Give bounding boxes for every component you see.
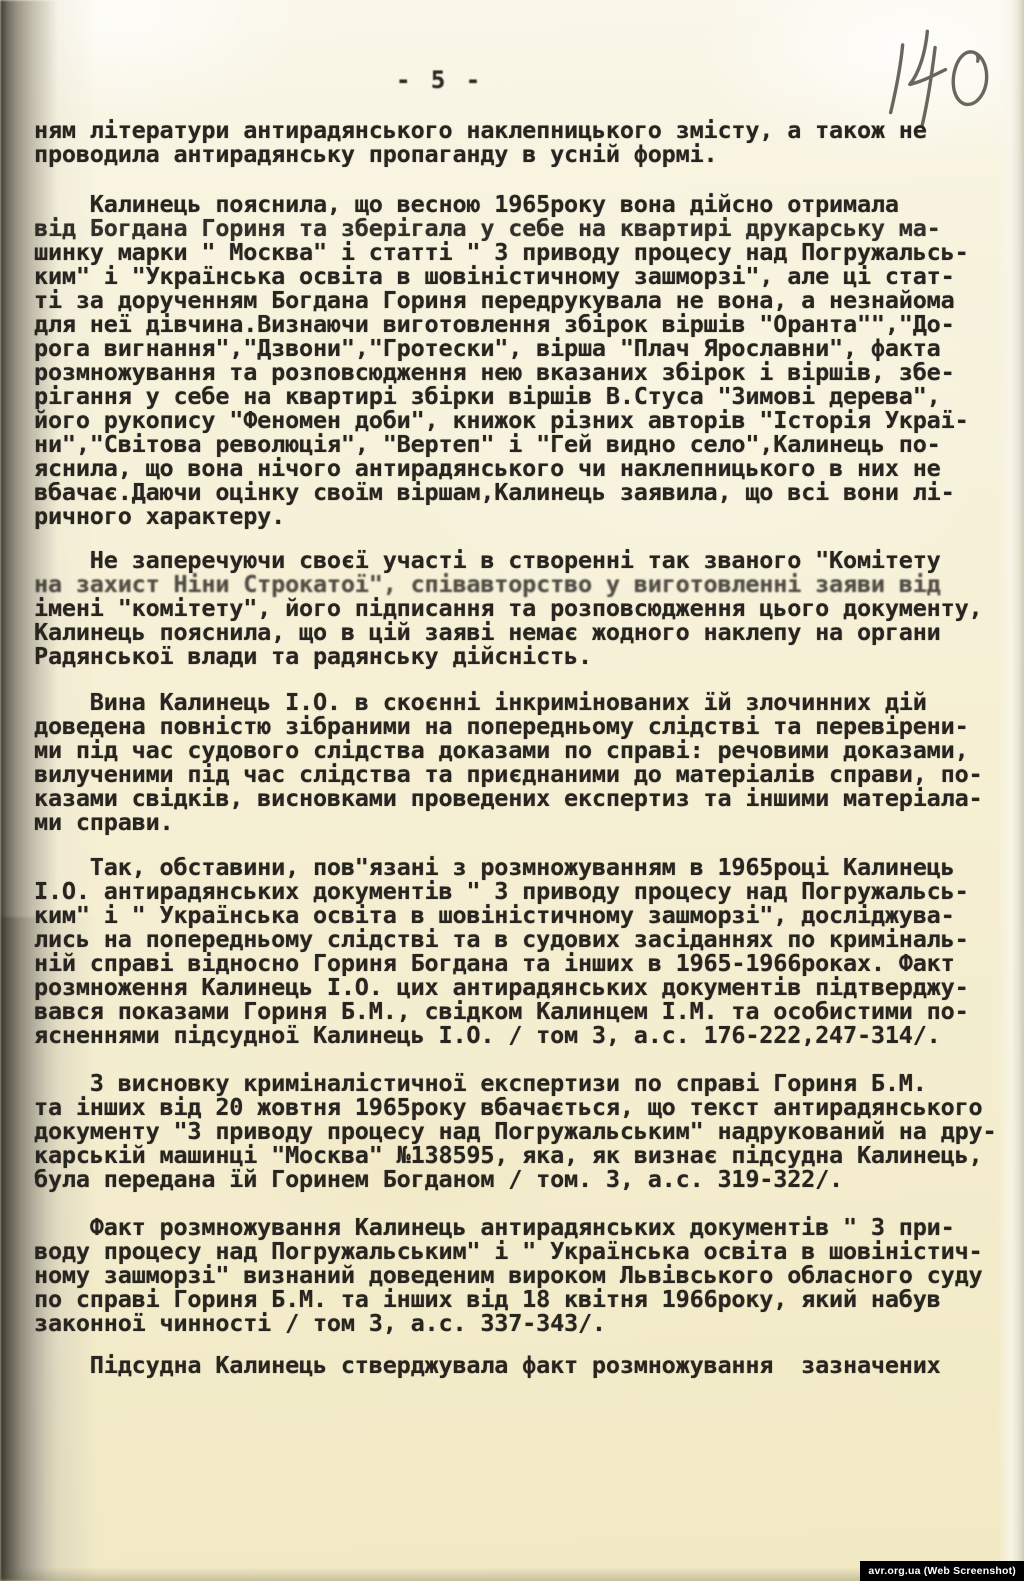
text-line: була передана їй Горинем Богданом / том.… <box>34 1167 1019 1191</box>
text-line: Вина Калинець І.О. в скоєнні інкримінова… <box>34 690 1019 714</box>
text-line: лись на попередньому слідстві та в судов… <box>34 927 1019 951</box>
text-line: ясненнями підсудної Калинець І.О. / том … <box>34 1023 1019 1047</box>
text-line: імені "комітету", його підписання та роз… <box>34 596 1019 620</box>
text-line: рога вигнання","Дзвони","Гротески", вірш… <box>34 336 1019 360</box>
text-line: Радянської влади та радянську дійсність. <box>34 644 1019 668</box>
text-line: карській машинці "Москва" №138595, яка, … <box>34 1143 1019 1167</box>
text-line: розмноження Калинець І.О. цих антирадянс… <box>34 975 1019 999</box>
paragraph: Вина Калинець І.О. в скоєнні інкримінова… <box>34 690 1019 834</box>
text-line: законної чинності / том 3, а.с. 337-343/… <box>34 1311 1019 1335</box>
text-line: І.О. антирадянських документів " З приво… <box>34 879 1019 903</box>
text-line: Факт розмножування Калинець антирадянськ… <box>34 1215 1019 1239</box>
text-line: ній справі відносно Гориня Богдана та ін… <box>34 951 1019 975</box>
text-line: вилученими під час слідства та приєднани… <box>34 762 1019 786</box>
paragraph: Калинець пояснила, що весною 1965року во… <box>34 192 1019 528</box>
text-line: ким" і "Українська освіта в шовіністично… <box>34 264 1019 288</box>
text-line: його рукопису "Феномен доби", книжок різ… <box>34 408 1019 432</box>
text-line: Так, обставини, пов"язані з розмножуванн… <box>34 855 1019 879</box>
paragraph: Факт розмножування Калинець антирадянськ… <box>34 1215 1019 1335</box>
text-line: вбачає.Даючи оцінку своїм віршам,Калинец… <box>34 480 1019 504</box>
document-body: ням літератури антирадянського наклепниц… <box>0 0 1024 1581</box>
text-line: яснила, що вона нічого антирадянського ч… <box>34 456 1019 480</box>
text-line: доведена повністю зібраними на попереднь… <box>34 714 1019 738</box>
text-line: ми справи. <box>34 810 1019 834</box>
text-line: ни","Світова революція", "Вертеп" і "Гей… <box>34 432 1019 456</box>
text-line: вався показами Гориня Б.М., свідком Кали… <box>34 999 1019 1023</box>
text-line: ному зашморзі" визнаний доведеним вироко… <box>34 1263 1019 1287</box>
text-line: ким" і " Українська освіта в шовіністичн… <box>34 903 1019 927</box>
text-line: по справі Гориня Б.М. та інших від 18 кв… <box>34 1287 1019 1311</box>
text-line: розмножування та розповсюдження нею вказ… <box>34 360 1019 384</box>
document-page: - 5 - 140 ням літератури антирадянського… <box>0 0 1024 1581</box>
text-line: З висновку криміналістичної експертизи п… <box>34 1071 1019 1095</box>
text-line: Калинець пояснила, що весною 1965року во… <box>34 192 1019 216</box>
text-line: рігання у себе на квартирі збірки віршів… <box>34 384 1019 408</box>
text-line: ричного характеру. <box>34 504 1019 528</box>
text-line: Не заперечуючи своєї участі в створенні … <box>34 548 1019 572</box>
text-line: шинку марки " Москва" і статті " З приво… <box>34 240 1019 264</box>
text-line: ті за дорученням Богдана Гориня передрук… <box>34 288 1019 312</box>
text-line: проводила антирадянську пропаганду в усн… <box>34 142 1019 166</box>
text-line: казами свідків, висновками проведених ек… <box>34 786 1019 810</box>
text-line: Підсудна Калинець стверджувала факт розм… <box>34 1353 1019 1377</box>
text-line: воду процесу над Погружальським" і " Укр… <box>34 1239 1019 1263</box>
text-line: документу "З приводу процесу над Погружа… <box>34 1119 1019 1143</box>
text-line: та інших від 20 жовтня 1965року вбачаєть… <box>34 1095 1019 1119</box>
text-line: ням літератури антирадянського наклепниц… <box>34 118 1019 142</box>
paragraph: Підсудна Калинець стверджувала факт розм… <box>34 1353 1019 1377</box>
paragraph: Не заперечуючи своєї участі в створенні … <box>34 548 1019 668</box>
text-line: для неї дівчина.Визнаючи виготовлення зб… <box>34 312 1019 336</box>
text-line: ми під час судового слідства доказами по… <box>34 738 1019 762</box>
paragraph: Так, обставини, пов"язані з розмножуванн… <box>34 855 1019 1047</box>
watermark-badge: avr.org.ua (Web Screenshot) <box>860 1561 1024 1581</box>
text-line: на захист Ніни Строкатої", співавторство… <box>34 572 1019 596</box>
text-line: від Богдана Гориня та зберігала у себе н… <box>34 216 1019 240</box>
text-line: Калинець пояснила, що в цій заяві немає … <box>34 620 1019 644</box>
paragraph: З висновку криміналістичної експертизи п… <box>34 1071 1019 1191</box>
paragraph: ням літератури антирадянського наклепниц… <box>34 118 1019 166</box>
